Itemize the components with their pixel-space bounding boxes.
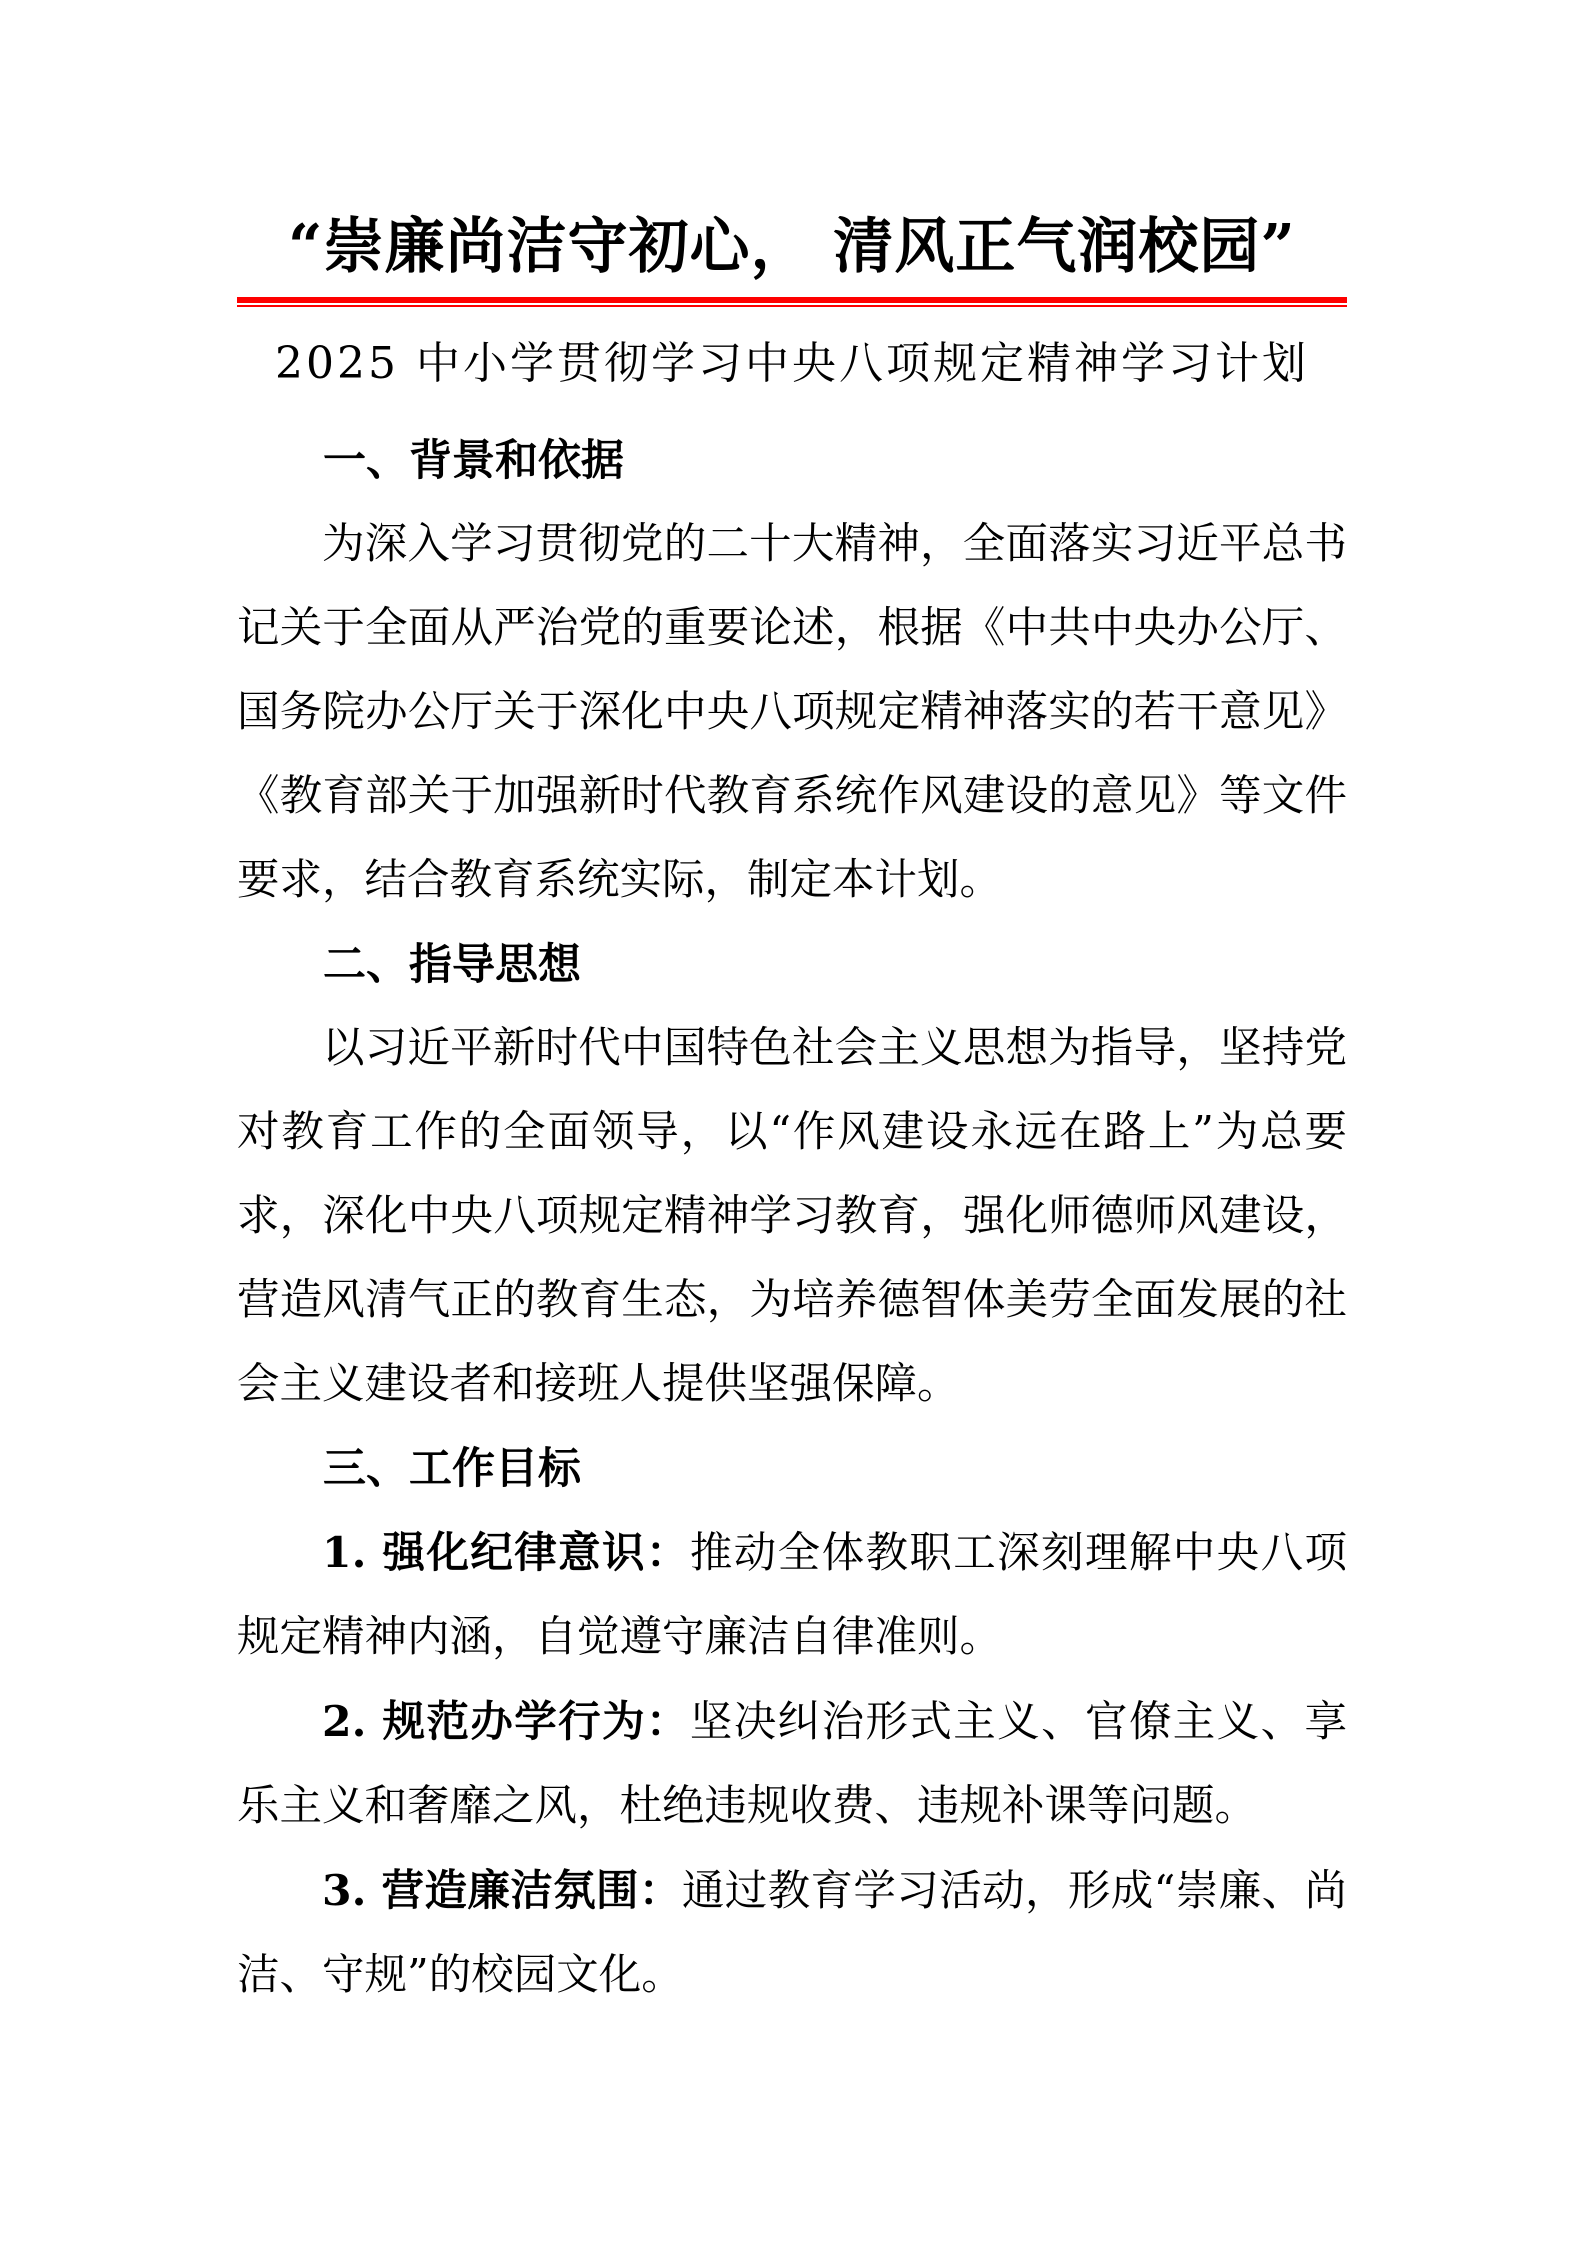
document-title: “崇廉尚洁守初心， 清风正气润校园”	[237, 205, 1347, 289]
goal-item-2-label: 2. 规范办学行为：	[322, 1697, 690, 1747]
document-page: “崇廉尚洁守初心， 清风正气润校园” 2025 中小学贯彻学习中央八项规定精神学…	[0, 0, 1587, 2245]
section-heading-guiding-ideology: 二、指导思想	[237, 923, 1347, 1007]
document-body: 一、背景和依据 为深入学习贯彻党的二十大精神，全面落实习近平总书记关于全面从严治…	[237, 419, 1347, 2018]
goal-item-2: 2. 规范办学行为：坚决纠治形式主义、官僚主义、享乐主义和奢靡之风，杜绝违规收费…	[237, 1680, 1347, 1849]
goal-item-1: 1. 强化纪律意识：推动全体教职工深刻理解中央八项规定精神内涵，自觉遵守廉洁自律…	[237, 1511, 1347, 1680]
red-divider-line	[237, 297, 1347, 307]
goal-item-1-label: 1. 强化纪律意识：	[322, 1528, 690, 1578]
paragraph-background: 为深入学习贯彻党的二十大精神，全面落实习近平总书记关于全面从严治党的重要论述，根…	[237, 503, 1347, 923]
goal-item-3-label: 3. 营造廉洁氛围：	[322, 1866, 682, 1916]
paragraph-guiding-ideology: 以习近平新时代中国特色社会主义思想为指导，坚持党对教育工作的全面领导，以“作风建…	[237, 1007, 1347, 1427]
section-heading-background: 一、背景和依据	[237, 419, 1347, 503]
red-divider-thin-bar	[237, 305, 1347, 307]
goal-item-3: 3. 营造廉洁氛围：通过教育学习活动，形成“崇廉、尚洁、守规”的校园文化。	[237, 1849, 1347, 2018]
document-subtitle: 2025 中小学贯彻学习中央八项规定精神学习计划	[237, 333, 1347, 395]
section-heading-work-goals: 三、工作目标	[237, 1427, 1347, 1511]
